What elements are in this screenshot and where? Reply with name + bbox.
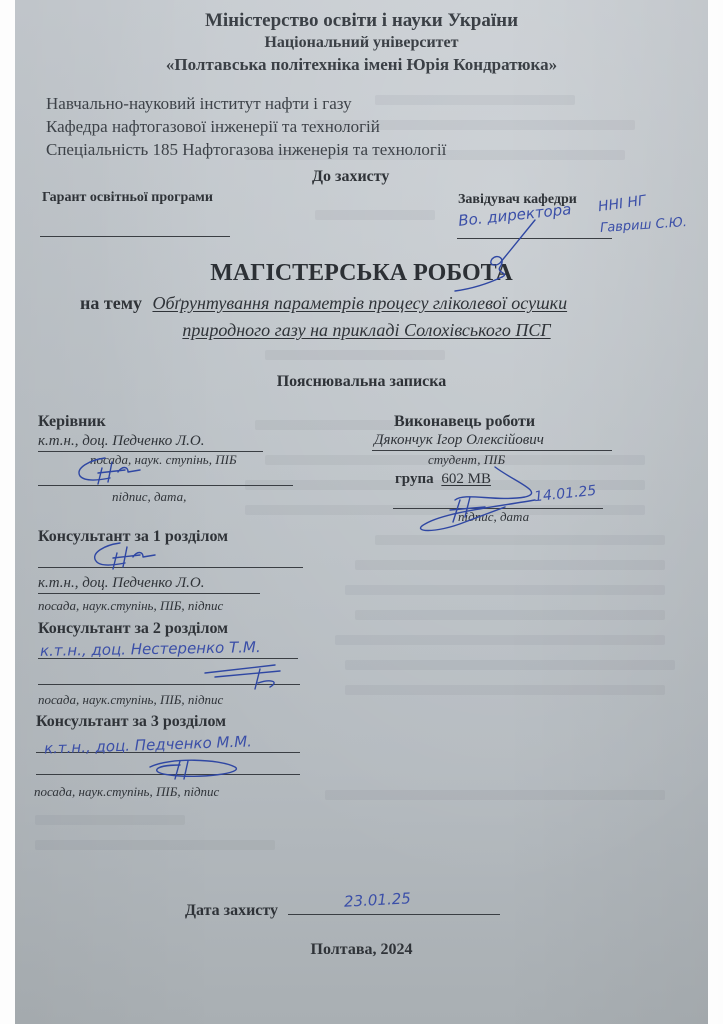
consultant-1-value-underline [38, 593, 260, 594]
program-guarantor-signature-line [40, 236, 230, 237]
consultant-3-caption: посада, наук.ступінь, ПІБ, підпис [34, 784, 219, 800]
consultant-1-caption: посада, наук.ступінь, ПІБ, підпис [38, 598, 223, 614]
document-title: МАГІСТЕРСЬКА РОБОТА [0, 260, 723, 287]
signature-consultant-3-icon [140, 755, 260, 785]
executor-name-underline [372, 450, 612, 451]
city-year: Полтава, 2024 [0, 941, 723, 959]
consultant-1-value: к.т.н., доц. Педченко Л.О. [38, 575, 204, 592]
signature-supervisor-icon [70, 448, 170, 488]
signature-consultant-2-icon [200, 655, 310, 695]
consultant-3-label: Консультант за 3 розділом [36, 713, 226, 731]
ministry-name: Міністерство освіти і науки України [0, 10, 723, 32]
consultant-2-caption: посада, наук.ступінь, ПІБ, підпис [38, 692, 223, 708]
topic-line1: на тему Обґрунтування параметрів процесу… [80, 293, 567, 314]
explanatory-note-label: Пояснювальна записка [0, 373, 723, 391]
institute-name: Навчально-науковий інститут нафти і газу [46, 94, 352, 114]
specialty-name: Спеціальність 185 Нафтогазова інженерія … [46, 140, 446, 160]
topic-text-line1: Обґрунтування параметрів процесу гліколе… [152, 293, 567, 313]
university-name-line1: Національний університет [0, 34, 723, 52]
supervisor-label: Керівник [38, 413, 106, 431]
defense-date-label: Дата захисту [185, 902, 278, 920]
topic-prefix: на тему [80, 293, 142, 313]
program-guarantor-label: Гарант освітньої програми [42, 190, 213, 206]
defense-date-line [288, 914, 500, 915]
signature-consultant-1-icon [90, 535, 190, 575]
supervisor-sign-caption: підпис, дата, [112, 489, 186, 505]
department-name: Кафедра нафтогазової інженерії та технол… [46, 117, 380, 137]
signature-head-of-department-icon [440, 215, 580, 295]
approval-heading: До захисту [312, 168, 389, 186]
executor-label: Виконавець роботи [394, 413, 535, 431]
defense-date-handwritten: 23.01.25 [344, 889, 412, 910]
consultant-2-label: Консультант за 2 розділом [38, 620, 228, 638]
university-name-line2: «Полтавська політехніка імені Юрія Кондр… [0, 55, 723, 75]
executor-name: Дякончук Ігор Олексійович [374, 432, 544, 449]
topic-text-line2: природного газу на прикладі Солохівськог… [0, 320, 723, 341]
